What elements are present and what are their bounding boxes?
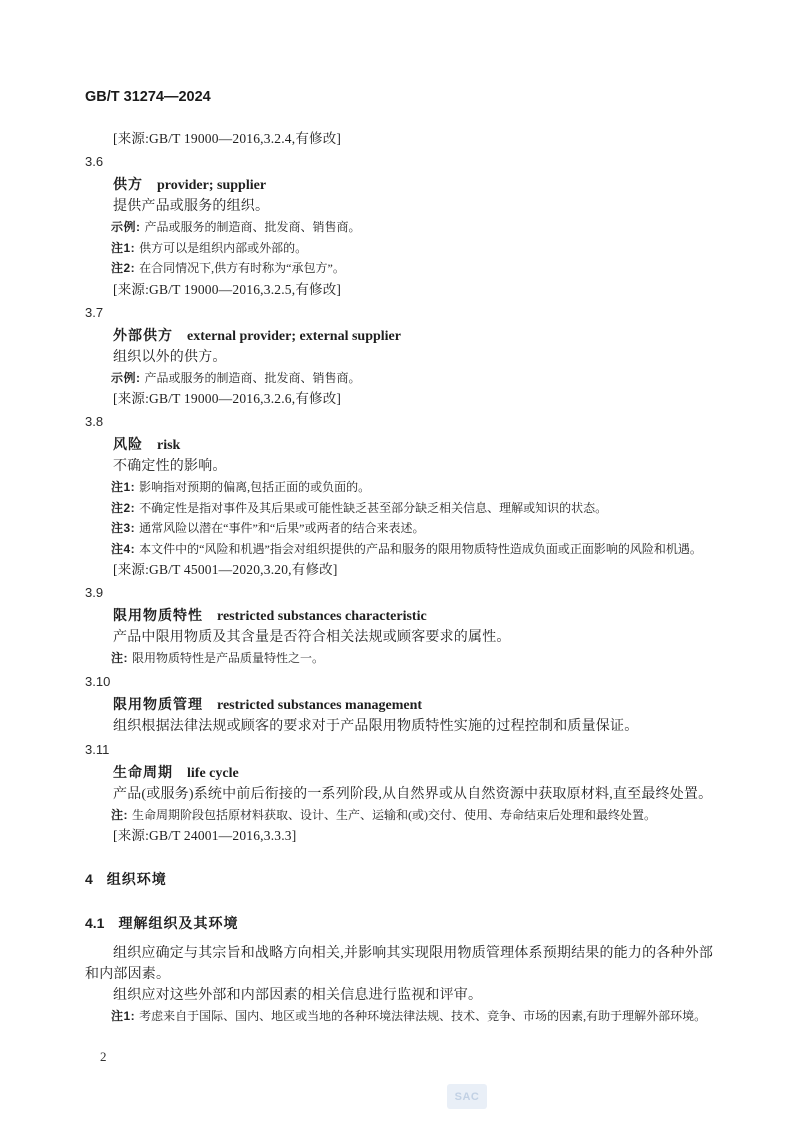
note-line: 示例:产品或服务的制造商、批发商、销售商。 xyxy=(85,217,717,238)
document-page: GB/T 31274—2024 [来源:GB/T 19000—2016,3.2.… xyxy=(0,0,794,1123)
term-chinese: 生命周期 xyxy=(113,764,173,780)
body-paragraph: 组织应对这些外部和内部因素的相关信息进行监视和评审。 xyxy=(85,985,717,1006)
source-reference-line: [来源:GB/T 19000—2016,3.2.5,有修改] xyxy=(85,279,717,300)
definition-paragraph: 不确定性的影响。 xyxy=(85,456,717,477)
term-chinese: 供方 xyxy=(113,176,143,192)
document-content: [来源:GB/T 19000—2016,3.2.4,有修改]3.6供方provi… xyxy=(85,128,717,1027)
term-english: external provider; external supplier xyxy=(187,329,401,344)
section-heading: 4组织环境 xyxy=(85,869,717,890)
term-english: restricted substances characteristic xyxy=(217,609,427,624)
note-line: 注4:本文件中的“风险和机遇”指会对组织提供的产品和服务的限用物质特性造成负面或… xyxy=(85,539,717,560)
note-text: 在合同情况下,供方有时称为“承包方”。 xyxy=(139,261,345,275)
definition-paragraph: 提供产品或服务的组织。 xyxy=(85,196,717,217)
note-line: 注1:影响指对预期的偏离,包括正面的或负面的。 xyxy=(85,477,717,498)
source-reference-line: [来源:GB/T 19000—2016,3.2.6,有修改] xyxy=(85,388,717,409)
clause-number: 3.7 xyxy=(85,302,717,323)
note-text: 影响指对预期的偏离,包括正面的或负面的。 xyxy=(139,480,370,494)
section-title: 组织环境 xyxy=(107,871,167,887)
term-chinese: 外部供方 xyxy=(113,327,173,343)
definition-paragraph: 产品(或服务)系统中前后衔接的一系列阶段,从自然界或从自然资源中获取原材料,直至… xyxy=(85,784,717,805)
standard-number-header: GB/T 31274—2024 xyxy=(85,88,715,106)
note-line: 注1:考虑来自于国际、国内、地区或当地的各种环境法律法规、技术、竞争、市场的因素… xyxy=(85,1006,717,1027)
page-number: 2 xyxy=(100,1048,715,1065)
source-reference-line: [来源:GB/T 45001—2020,3.20,有修改] xyxy=(85,559,717,580)
note-text: 产品或服务的制造商、批发商、销售商。 xyxy=(145,220,361,234)
note-line: 注2:在合同情况下,供方有时称为“承包方”。 xyxy=(85,258,717,279)
definition-paragraph: 产品中限用物质及其含量是否符合相关法规或顾客要求的属性。 xyxy=(85,627,717,648)
term-english: restricted substances management xyxy=(217,698,422,713)
clause-number: 3.11 xyxy=(85,739,717,760)
term-line: 限用物质特性restricted substances characterist… xyxy=(85,605,717,627)
term-chinese: 限用物质管理 xyxy=(113,696,203,712)
note-text: 产品或服务的制造商、批发商、销售商。 xyxy=(145,371,361,385)
subsection-heading: 4.1理解组织及其环境 xyxy=(85,913,717,934)
term-chinese: 限用物质特性 xyxy=(113,607,203,623)
note-line: 注2:不确定性是指对事件及其后果或可能性缺乏甚至部分缺乏相关信息、理解或知识的状… xyxy=(85,498,717,519)
source-reference-line: [来源:GB/T 24001—2016,3.3.3] xyxy=(85,825,717,846)
note-label: 注4: xyxy=(111,542,135,556)
note-label: 注1: xyxy=(111,1009,135,1023)
note-line: 注:限用物质特性是产品质量特性之一。 xyxy=(85,648,717,669)
note-text: 考虑来自于国际、国内、地区或当地的各种环境法律法规、技术、竞争、市场的因素,有助… xyxy=(139,1009,706,1023)
note-text: 生命周期阶段包括原材料获取、设计、生产、运输和(或)交付、使用、寿命结束后处理和… xyxy=(132,808,656,822)
note-text: 本文件中的“风险和机遇”指会对组织提供的产品和服务的限用物质特性造成负面或正面影… xyxy=(139,542,702,556)
term-english: life cycle xyxy=(187,766,239,781)
source-reference-line: [来源:GB/T 19000—2016,3.2.4,有修改] xyxy=(85,128,717,149)
note-text: 限用物质特性是产品质量特性之一。 xyxy=(132,651,324,665)
note-label: 注2: xyxy=(111,261,135,275)
note-label: 注1: xyxy=(111,480,135,494)
clause-number: 3.10 xyxy=(85,671,717,692)
note-label: 示例: xyxy=(111,371,141,385)
note-line: 注1:供方可以是组织内部或外部的。 xyxy=(85,238,717,259)
clause-number: 3.8 xyxy=(85,411,717,432)
term-line: 限用物质管理restricted substances management xyxy=(85,694,717,716)
note-label: 注: xyxy=(111,808,128,822)
note-label: 注3: xyxy=(111,521,135,535)
clause-number: 3.6 xyxy=(85,151,717,172)
term-line: 风险risk xyxy=(85,434,717,456)
body-paragraph: 组织应确定与其宗旨和战略方向相关,并影响其实现限用物质管理体系预期结果的能力的各… xyxy=(85,943,717,985)
section-number: 4 xyxy=(85,871,93,887)
note-text: 不确定性是指对事件及其后果或可能性缺乏甚至部分缺乏相关信息、理解或知识的状态。 xyxy=(139,501,607,515)
clause-number: 3.9 xyxy=(85,582,717,603)
note-label: 注: xyxy=(111,651,128,665)
note-line: 注3:通常风险以潜在“事件”和“后果”或两者的结合来表述。 xyxy=(85,518,717,539)
note-label: 注2: xyxy=(111,501,135,515)
term-line: 供方provider; supplier xyxy=(85,174,717,196)
subsection-title: 理解组织及其环境 xyxy=(118,915,238,931)
definition-paragraph: 组织以外的供方。 xyxy=(85,347,717,368)
note-line: 注:生命周期阶段包括原材料获取、设计、生产、运输和(或)交付、使用、寿命结束后处… xyxy=(85,805,717,826)
term-chinese: 风险 xyxy=(113,436,143,452)
definition-paragraph: 组织根据法律法规或顾客的要求对于产品限用物质特性实施的过程控制和质量保证。 xyxy=(85,716,717,737)
sac-watermark-logo: SAC xyxy=(447,1084,487,1109)
term-english: risk xyxy=(157,438,180,453)
term-line: 生命周期life cycle xyxy=(85,762,717,784)
term-line: 外部供方external provider; external supplier xyxy=(85,325,717,347)
note-label: 示例: xyxy=(111,220,141,234)
note-label: 注1: xyxy=(111,241,135,255)
subsection-number: 4.1 xyxy=(85,915,104,931)
term-english: provider; supplier xyxy=(157,178,266,193)
note-text: 通常风险以潜在“事件”和“后果”或两者的结合来表述。 xyxy=(139,521,424,535)
note-line: 示例:产品或服务的制造商、批发商、销售商。 xyxy=(85,368,717,389)
note-text: 供方可以是组织内部或外部的。 xyxy=(139,241,307,255)
